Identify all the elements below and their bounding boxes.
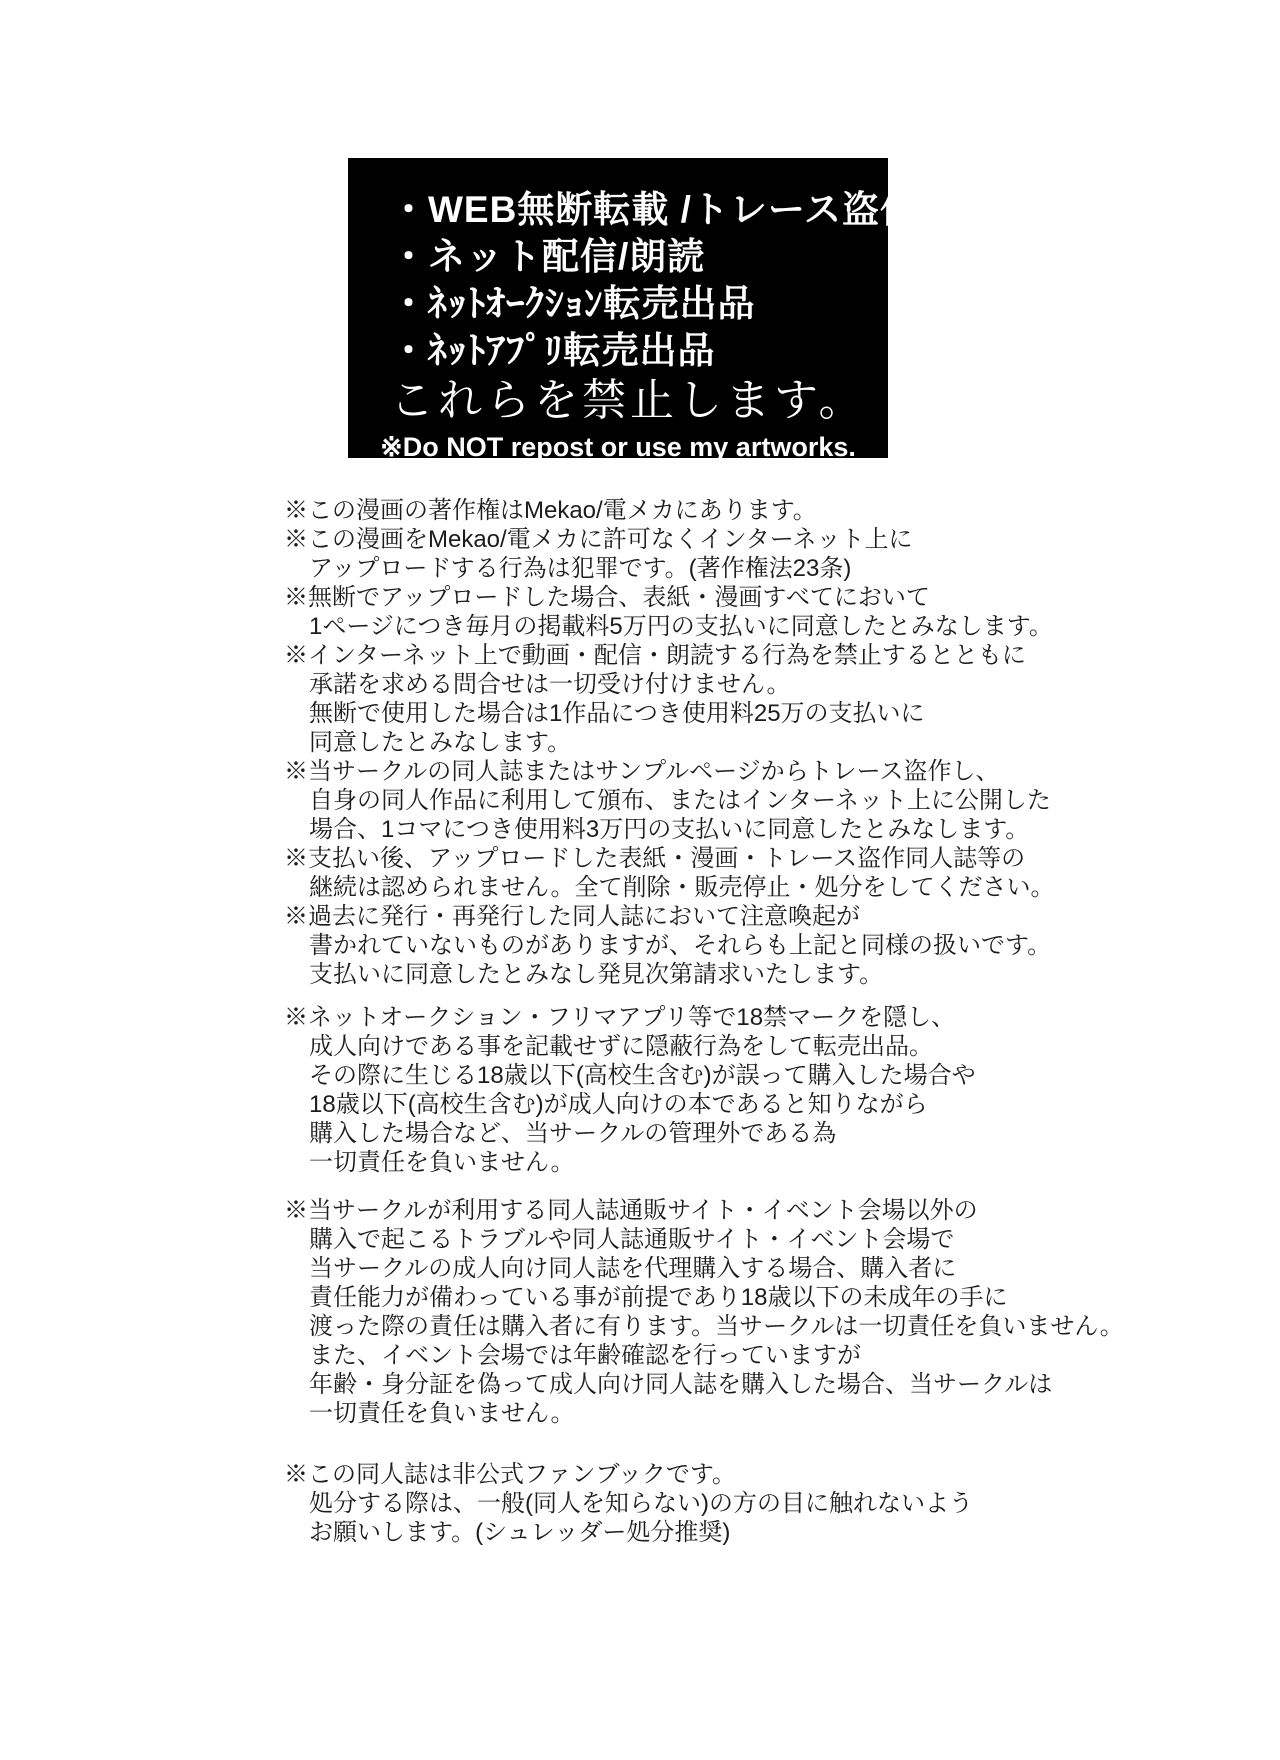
banner-item-net-streaming: ・ネット配信/朗読 — [348, 233, 888, 280]
scanned-notice-page: ・WEB無断転載 /トレース盗作 ・ネット配信/朗読 ・ﾈｯﾄｵｰｸｼｮﾝ転売出… — [0, 0, 1280, 1760]
banner-conclusion: これらを禁止します。 — [348, 374, 888, 428]
notice-line: ※過去に発行・再発行した同人誌において注意喚起が — [284, 902, 1184, 931]
notice-line: 一切責任を負いません。 — [284, 1148, 1184, 1177]
notice-line: 一切責任を負いません。 — [284, 1399, 1184, 1428]
notice-line: 渡った際の責任は購入者に有ります。当サークルは一切責任を負いません。 — [284, 1312, 1184, 1341]
notice-line: 承諾を求める問合せは一切受け付けません。 — [284, 670, 1184, 699]
notice-line: ※インターネット上で動画・配信・朗読する行為を禁止するとともに — [284, 641, 1184, 670]
notice-line: お願いします。(シュレッダー処分推奨) — [284, 1518, 1184, 1547]
notice-line: ※当サークルが利用する同人誌通販サイト・イベント会場以外の — [284, 1196, 1184, 1225]
notice-line: その際に生じる18歳以下(高校生含む)が誤って購入した場合や — [284, 1061, 1184, 1090]
notice-line: 場合、1コマにつき使用料3万円の支払いに同意したとみなします。 — [284, 815, 1184, 844]
notice-line: アップロードする行為は犯罪です。(著作権法23条) — [284, 554, 1184, 583]
notice-line: ※この同人誌は非公式ファンブックです。 — [284, 1460, 1184, 1489]
notice-line: 成人向けである事を記載せずに隠蔽行為をして転売出品。 — [284, 1032, 1184, 1061]
notice-line: 処分する際は、一般(同人を知らない)の方の目に触れないよう — [284, 1489, 1184, 1518]
notice-line: ※ネットオークション・フリマアプリ等で18禁マークを隠し、 — [284, 1003, 1184, 1032]
banner-english-note: ※Do NOT repost or use my artworks. — [348, 428, 888, 466]
notice-line: 継続は認められません。全て削除・販売停止・処分をしてください。 — [284, 873, 1184, 902]
notice-section: ※この漫画の著作権はMekao/電メカにあります。 ※この漫画をMekao/電メ… — [284, 496, 1184, 1547]
notice-line: ※当サークルの同人誌またはサンプルページからトレース盗作し、 — [284, 757, 1184, 786]
banner-item-web-repost: ・WEB無断転載 /トレース盗作 — [348, 186, 888, 233]
notice-line: 購入で起こるトラブルや同人誌通販サイト・イベント会場で — [284, 1225, 1184, 1254]
notice-line: 18歳以下(高校生含む)が成人向けの本であると知りながら — [284, 1090, 1184, 1119]
notice-line: 同意したとみなします。 — [284, 728, 1184, 757]
notice-line: 書かれていないものがありますが、それらも上記と同様の扱いです。 — [284, 931, 1184, 960]
notice-line: 無断で使用した場合は1作品につき使用料25万の支払いに — [284, 699, 1184, 728]
notice-line: また、イベント会場では年齢確認を行っていますが — [284, 1341, 1184, 1370]
notice-line: 年齢・身分証を偽って成人向け同人誌を購入した場合、当サークルは — [284, 1370, 1184, 1399]
notice-line: 1ページにつき毎月の掲載料5万円の支払いに同意したとみなします。 — [284, 612, 1184, 641]
notice-line: 購入した場合など、当サークルの管理外である為 — [284, 1119, 1184, 1148]
prohibition-banner: ・WEB無断転載 /トレース盗作 ・ネット配信/朗読 ・ﾈｯﾄｵｰｸｼｮﾝ転売出… — [348, 158, 888, 458]
notice-line: 自身の同人作品に利用して頒布、またはインターネット上に公開した — [284, 786, 1184, 815]
banner-item-net-app: ・ﾈｯﾄｱﾌﾟﾘ転売出品 — [348, 327, 888, 374]
notice-line: ※この漫画をMekao/電メカに許可なくインターネット上に — [284, 525, 1184, 554]
notice-line: ※この漫画の著作権はMekao/電メカにあります。 — [284, 496, 1184, 525]
banner-item-net-auction: ・ﾈｯﾄｵｰｸｼｮﾝ転売出品 — [348, 280, 888, 327]
notice-line: 当サークルの成人向け同人誌を代理購入する場合、購入者に — [284, 1254, 1184, 1283]
notice-line: ※無断でアップロードした場合、表紙・漫画すべてにおいて — [284, 583, 1184, 612]
notice-block-unofficial-fanbook: ※この同人誌は非公式ファンブックです。 処分する際は、一般(同人を知らない)の方… — [284, 1460, 1184, 1547]
notice-line: ※支払い後、アップロードした表紙・漫画・トレース盗作同人誌等の — [284, 844, 1184, 873]
notice-line: 責任能力が備わっている事が前提であり18歳以下の未成年の手に — [284, 1283, 1184, 1312]
notice-block-resale-concealment: ※ネットオークション・フリマアプリ等で18禁マークを隠し、 成人向けである事を記… — [284, 1003, 1184, 1177]
notice-line: 支払いに同意したとみなし発見次第請求いたします。 — [284, 960, 1184, 989]
notice-block-copyright: ※この漫画の著作権はMekao/電メカにあります。 ※この漫画をMekao/電メ… — [284, 496, 1184, 989]
notice-block-purchase-responsibility: ※当サークルが利用する同人誌通販サイト・イベント会場以外の 購入で起こるトラブル… — [284, 1196, 1184, 1428]
